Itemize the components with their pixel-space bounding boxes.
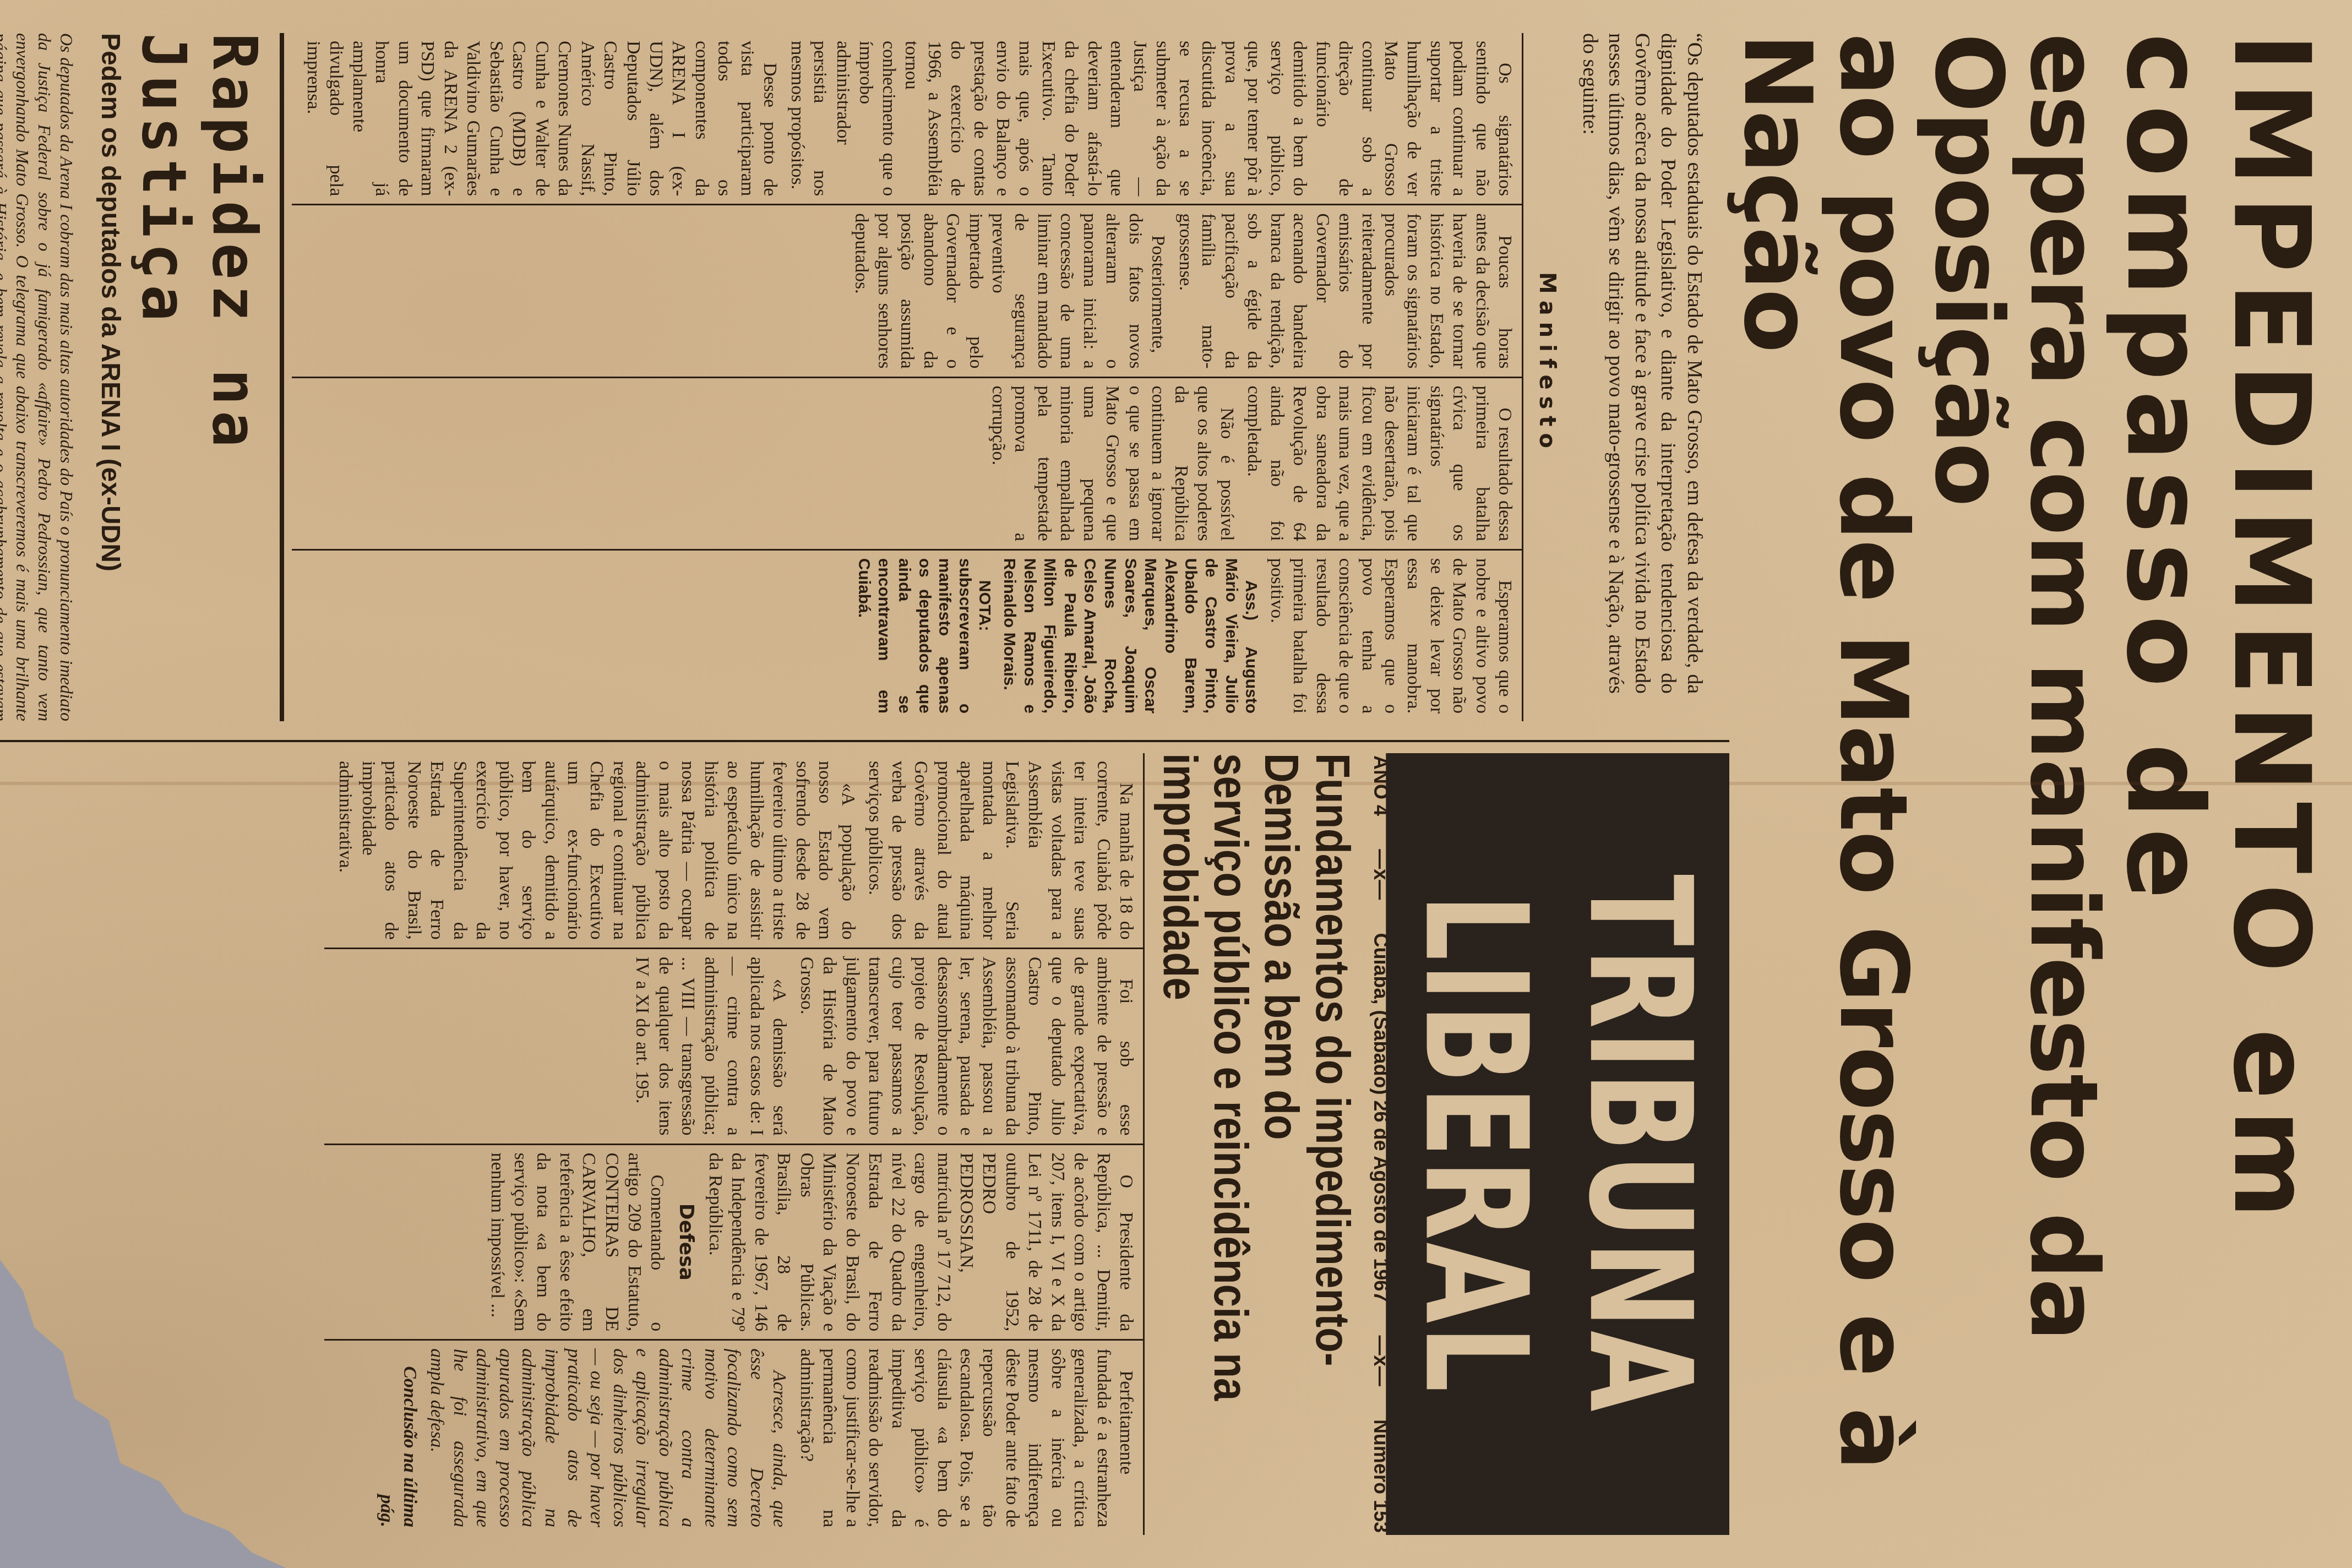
paragraph: Posteriormente, dois fatos novos alterar… — [850, 213, 1170, 368]
manifesto-title: Manifesto — [1534, 33, 1560, 694]
paragraph: O Presidente da República, ... Demitir, … — [704, 1153, 1137, 1332]
manifesto-article: “Os deputados estaduais do Estado de Mat… — [0, 33, 1729, 721]
paragraph: Na manhã de 18 do corrente, Cuiabá pôde … — [864, 761, 1138, 940]
paragraph: Esperamos que o nobre e altivo povo de M… — [1265, 558, 1516, 714]
paragraph: Comentando o artigo 209 do Estatuto, CON… — [486, 1153, 669, 1332]
masthead-section: TRIBUNA LIBERAL Diretor: AUGUSTO MARIO V… — [0, 740, 1729, 1535]
second-story-columns: Na manhã de 18 do corrente, Cuiabá pôde … — [324, 753, 1145, 1535]
paragraph: Foi sob esse ambiente de pressão e de gr… — [795, 957, 1137, 1136]
story-column: Perfeitamente fundada é a estranheza gen… — [324, 1341, 1143, 1535]
paragraph: O resultado dessa primeira batalha cívic… — [1243, 386, 1517, 541]
manifesto-column: Os signatários sentindo que não podiam c… — [292, 33, 1522, 205]
paragraph: Não é possível que os altos poderes da R… — [987, 386, 1238, 541]
paragraph: Perfeitamente fundada é a estranheza gen… — [795, 1348, 1137, 1527]
signatures: Ass.) Augusto Mário Vieira, Julio de Cas… — [999, 558, 1261, 714]
paragraph: Desse ponto de vista participaram todos … — [302, 41, 782, 196]
newspaper-logo: TRIBUNA LIBERAL — [1386, 753, 1729, 1535]
note: NOTA: subscreveram o manifesto apenas os… — [853, 558, 994, 714]
divider — [280, 33, 285, 721]
story-column: Foi sob esse ambiente de pressão e de gr… — [324, 949, 1143, 1145]
left-story-intro: Os deputados da Arena I cobram das mais … — [0, 33, 78, 721]
paragraph: Os signatários sentindo que não podiam c… — [786, 41, 1516, 196]
paragraph: «A demissão será aplicada nos casos de: … — [631, 957, 791, 1136]
defense-subhead: Defesa — [674, 1153, 698, 1332]
manifesto-column: Esperamos que o nobre e altivo povo de M… — [292, 551, 1522, 721]
manifesto-column: O resultado dessa primeira batalha cívic… — [292, 378, 1522, 551]
second-story-headline: Fundamentos do impedimento-Demissão a be… — [1155, 753, 1358, 1537]
paragraph: Acresce, ainda, que êsse Decreto focaliz… — [426, 1348, 791, 1527]
left-story-headline: Rapidez na Justiça — [129, 33, 270, 721]
paragraph: Poucas horas antes da decisão que haveri… — [1174, 213, 1516, 368]
left-story-subhead: Pedem os deputados da ARENA I (ex-UDN) — [96, 33, 126, 721]
manifesto-intro: “Os deputados estaduais do Estado de Mat… — [1576, 33, 1707, 694]
manifesto-column: Poucas horas antes da decisão que haveri… — [292, 205, 1522, 378]
manifesto-columns: Os signatários sentindo que não podiam c… — [292, 33, 1524, 721]
continued-link[interactable]: Conclusão na última pág. — [375, 1348, 421, 1527]
paragraph: «A população do nosso Estado vem sofrend… — [334, 761, 859, 940]
story-column: O Presidente da República, ... Demitir, … — [324, 1145, 1143, 1341]
newspaper-page: IMPEDIMENTO em compasso de espera com ma… — [0, 0, 2352, 1568]
